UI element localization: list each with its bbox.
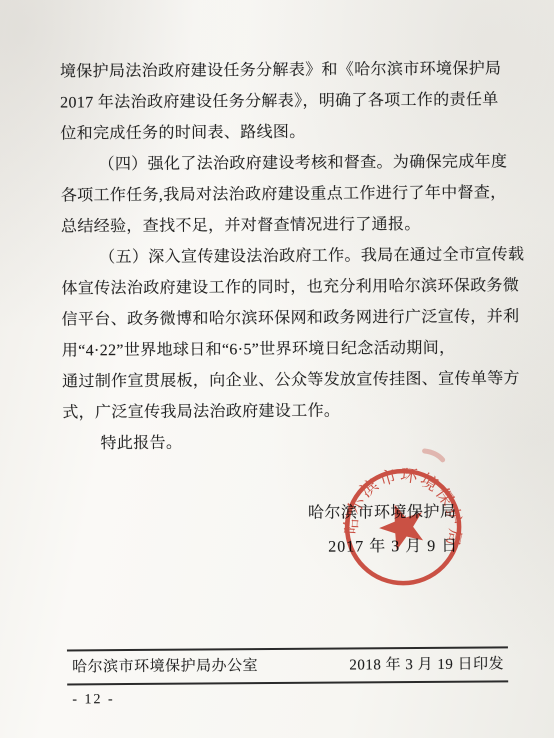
text-line: 通过制作宣贯展板，向企业、公众等发放宣传挂图、宣传单等方 (62, 363, 510, 397)
text-line: 总结经验，查找不足，并对督查情况进行了通报。 (61, 208, 509, 242)
seal-ink-smudge (425, 451, 443, 460)
text-line: 各项工作任务,我局对法治政府建设重点工作进行了年中督查， (61, 177, 509, 211)
footer-rule-bottom (67, 680, 508, 685)
official-seal: 哈尔滨市环境保护局 (318, 442, 489, 613)
text-line: （四）强化了法治政府建设考核和督查。为确保完成年度 (60, 146, 508, 180)
text-line: 用“4·22”世界地球日和“6·5”世界环境日纪念活动期间， (62, 332, 510, 366)
footer-issuer: 哈尔滨市环境保护局办公室 (72, 654, 258, 676)
footer-rule-top (67, 646, 508, 651)
text-line: 2017 年法治政府建设任务分解表》，明确了各项工作的责任单 (60, 84, 508, 118)
text-line: （五）深入宣传建设法治政府工作。我局在通过全市宣传载 (61, 239, 509, 273)
page-number: - 12 - (72, 692, 114, 708)
footer-print-date: 2018 年 3 月 19 日印发 (349, 652, 504, 674)
page-content: 境保护局法治政府建设任务分解表》和《哈尔滨市环境保护局2017 年法治政府建设任… (0, 0, 554, 738)
scanned-document-page: 境保护局法治政府建设任务分解表》和《哈尔滨市环境保护局2017 年法治政府建设任… (0, 0, 554, 738)
seal-star-icon (373, 497, 431, 554)
text-line: 位和完成任务的时间表、路线图。 (60, 115, 508, 149)
text-line: 信平台、政务微博和哈尔滨环保网和政务网进行广泛宣传，并利 (62, 301, 510, 335)
text-line: 境保护局法治政府建设任务分解表》和《哈尔滨市环境保护局 (60, 53, 508, 87)
footer-row: 哈尔滨市环境保护局办公室 2018 年 3 月 19 日印发 (72, 652, 504, 676)
text-line: 体宣传法治政府建设工作的同时，也充分利用哈尔滨环保政务微 (61, 270, 509, 304)
body-text: 境保护局法治政府建设任务分解表》和《哈尔滨市环境保护局2017 年法治政府建设任… (60, 53, 511, 459)
text-line: 式，广泛宣传我局法治政府建设工作。 (62, 394, 510, 428)
